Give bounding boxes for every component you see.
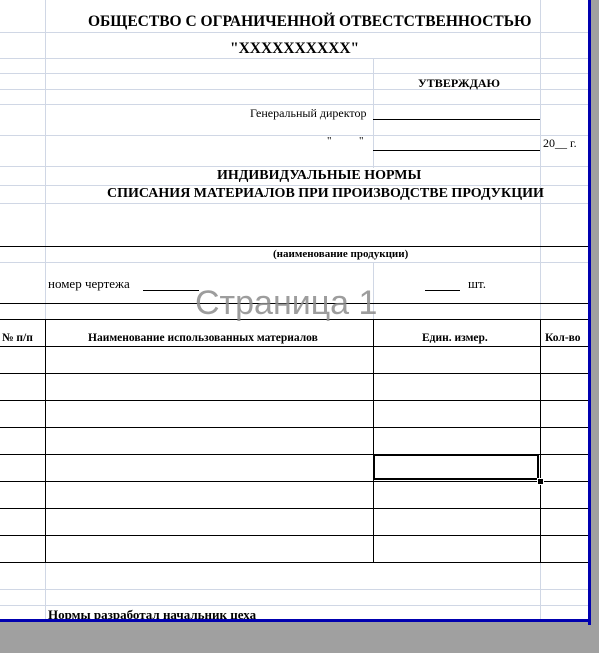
title-line-1: ИНДИВИДУАЛЬНЫЕ НОРМЫ — [217, 168, 421, 184]
fill-handle[interactable] — [537, 478, 544, 485]
gridline — [0, 262, 588, 263]
gridline — [0, 135, 588, 136]
company-name: "XXXXXXXXXX" — [230, 40, 359, 58]
gridline — [0, 104, 588, 105]
drawing-number-line — [143, 290, 199, 291]
gridline — [0, 73, 588, 74]
director-label: Генеральный директор — [250, 106, 367, 121]
gridline — [0, 605, 588, 606]
page-break-border-right[interactable] — [588, 0, 591, 625]
product-name-line — [0, 246, 588, 247]
header-unit: Един. измер. — [422, 332, 488, 344]
product-caption: (наименование продукции) — [273, 248, 408, 260]
header-number: № п/п — [2, 332, 33, 344]
gridline — [373, 58, 374, 168]
gridline — [0, 32, 588, 33]
company-line: ОБЩЕСТВО С ОГРАНИЧЕННОЙ ОТВЕСТСТВЕННОСТЬ… — [88, 13, 531, 31]
director-signature-line — [373, 119, 540, 120]
date-line — [373, 150, 540, 151]
header-quantity: Кол-во — [545, 332, 581, 344]
table-row[interactable] — [0, 509, 588, 535]
gridline — [0, 203, 588, 204]
table-row[interactable] — [0, 347, 588, 373]
pieces-label: шт. — [468, 276, 486, 292]
header-material: Наименование использованных материалов — [88, 332, 318, 344]
table-row[interactable] — [0, 536, 588, 562]
selected-cell[interactable] — [373, 454, 539, 480]
table-row[interactable] — [0, 428, 588, 454]
year-label: 20__ г. — [543, 136, 577, 151]
gridline — [0, 166, 588, 167]
table-row[interactable] — [0, 401, 588, 427]
spreadsheet-page: ОБЩЕСТВО С ОГРАНИЧЕННОЙ ОТВЕСТСТВЕННОСТЬ… — [0, 0, 588, 622]
page-break-border-bottom[interactable] — [0, 619, 591, 622]
page-watermark: Страница 1 — [195, 284, 377, 323]
drawing-label: номер чертежа — [48, 276, 130, 292]
date-quotes: " " — [327, 135, 363, 147]
pieces-line — [425, 290, 460, 291]
table-row[interactable] — [0, 482, 588, 508]
title-line-2: СПИСАНИЯ МАТЕРИАЛОВ ПРИ ПРОИЗВОДСТВЕ ПРО… — [107, 186, 544, 202]
table-row-line — [0, 562, 588, 563]
table-row[interactable] — [0, 374, 588, 400]
approve-label: УТВЕРЖДАЮ — [418, 76, 500, 91]
gridline — [0, 589, 588, 590]
gridline — [0, 58, 588, 59]
